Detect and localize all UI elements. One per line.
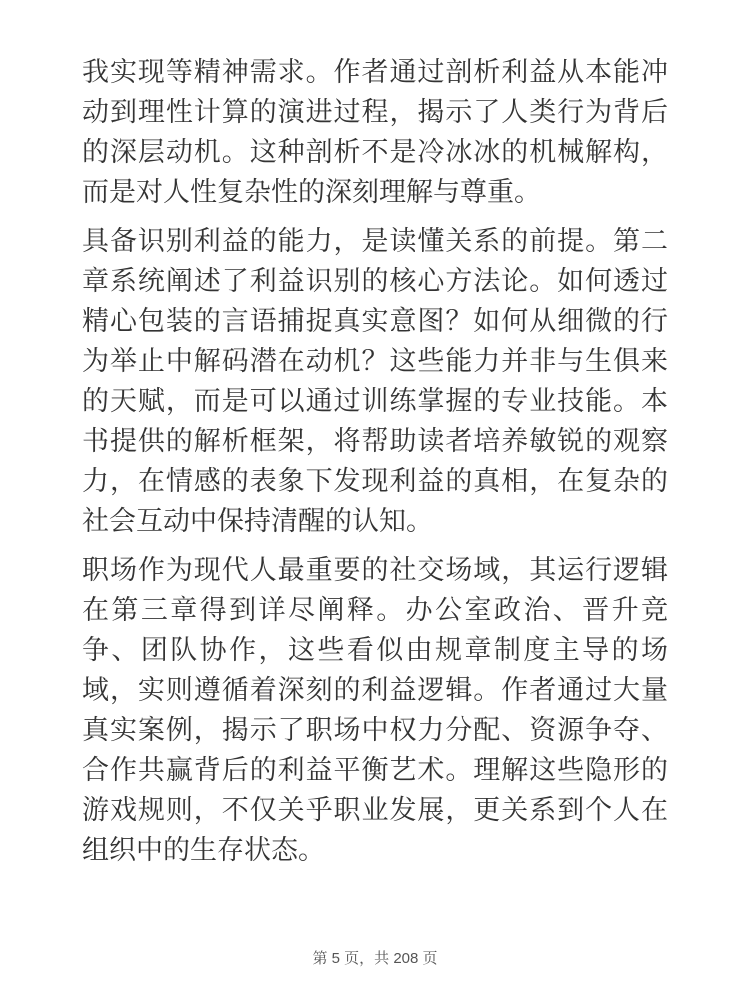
page-text-block: 我实现等精神需求。作者通过剖析利益从本能冲动到理性计算的演进过程，揭示了人类行为… [82, 52, 668, 879]
page-number-indicator: 第 5 页，共 208 页 [0, 950, 750, 968]
paragraph: 职场作为现代人最重要的社交场域，其运行逻辑在第三章得到详尽阐释。办公室政治、晋升… [82, 550, 668, 870]
document-page: 我实现等精神需求。作者通过剖析利益从本能冲动到理性计算的演进过程，揭示了人类行为… [0, 0, 750, 1000]
paragraph: 具备识别利益的能力，是读懂关系的前提。第二章系统阐述了利益识别的核心方法论。如何… [82, 221, 668, 541]
paragraph: 我实现等精神需求。作者通过剖析利益从本能冲动到理性计算的演进过程，揭示了人类行为… [82, 52, 668, 212]
